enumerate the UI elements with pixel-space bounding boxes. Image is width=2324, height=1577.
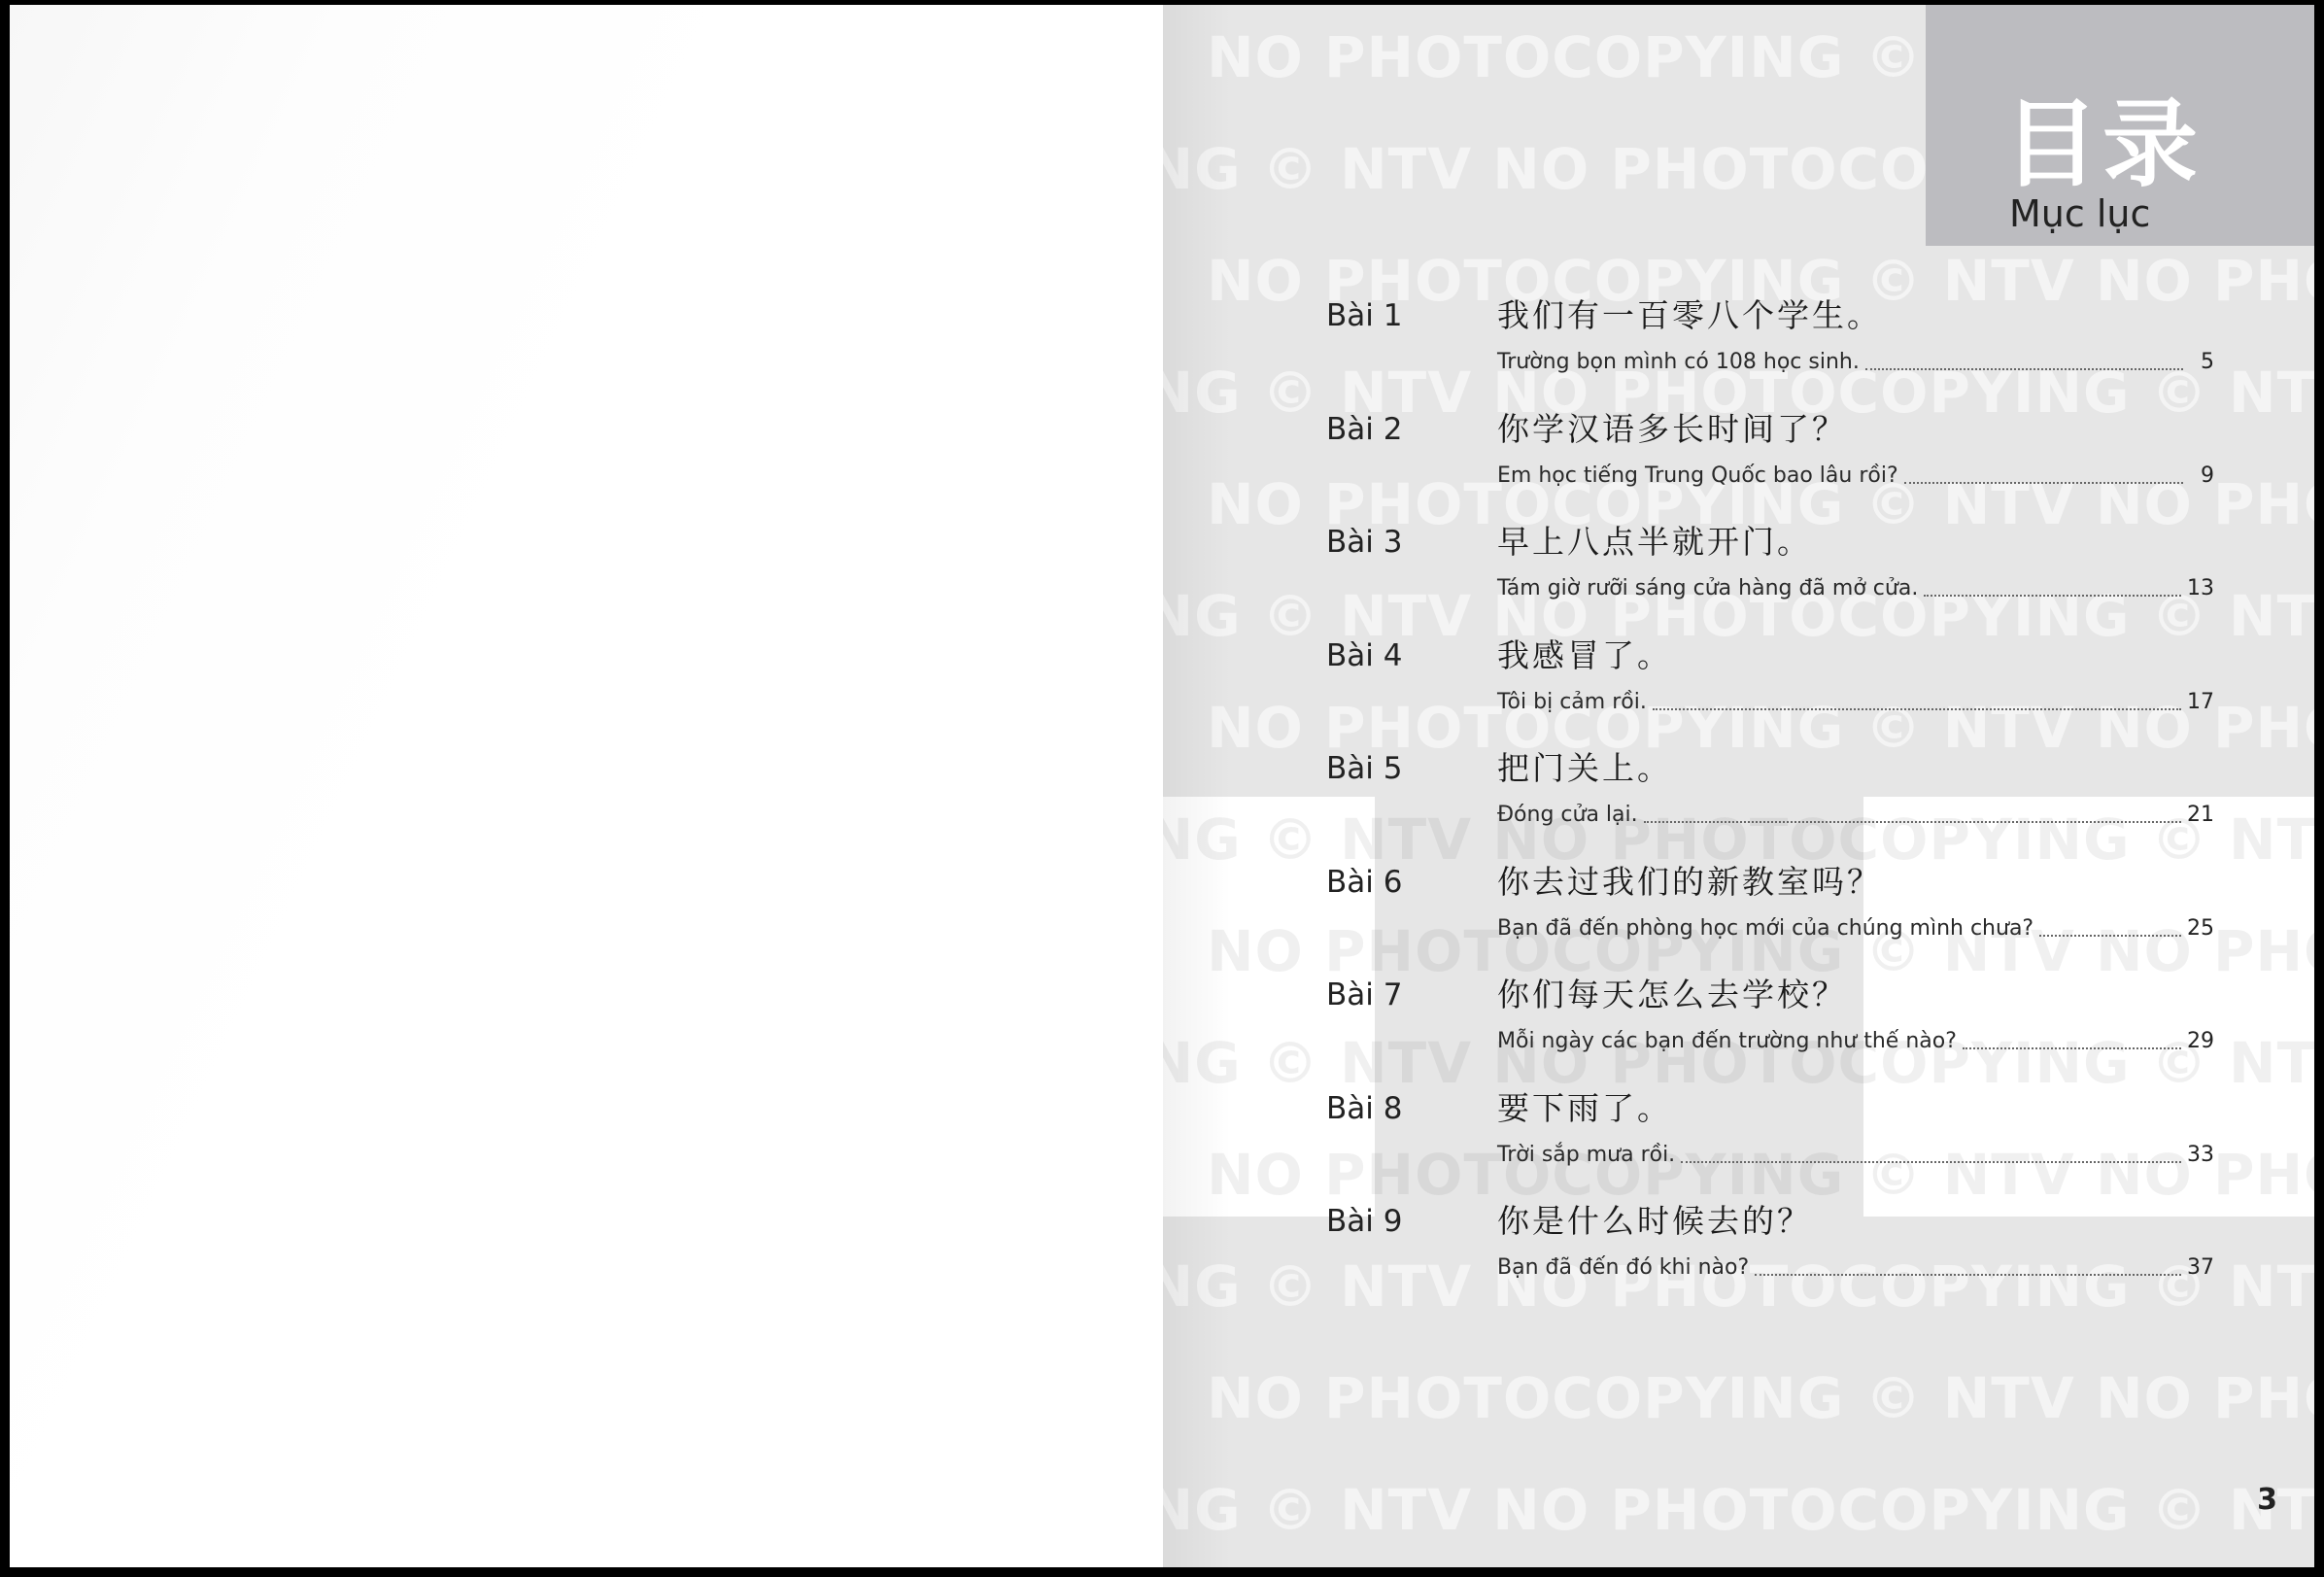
lesson-subtitle-row: Bạn đã đến đó khi nào? 37 — [1497, 1257, 2214, 1279]
toc-entry-lesson-5[interactable]: Bài 5 把门关上。 Đóng cửa lại. 21 — [1326, 754, 2230, 868]
dot-leader — [1755, 1273, 2181, 1276]
lesson-title-vietnamese: Mỗi ngày các bạn đến trường như thế nào? — [1497, 1031, 1957, 1052]
lesson-number: Bài 8 — [1326, 1094, 1402, 1124]
title-box: 目录 Mục lục — [1926, 5, 2314, 246]
page-number: 3 — [2257, 1483, 2277, 1517]
lesson-subtitle-row: Trời sắp mưa rồi. 33 — [1497, 1145, 2214, 1166]
lesson-page-number: 37 — [2187, 1257, 2214, 1279]
page-title-chinese: 目录 — [2003, 97, 2202, 192]
lesson-title-vietnamese: Bạn đã đến đó khi nào? — [1497, 1257, 1749, 1279]
toc-entry-lesson-3[interactable]: Bài 3 早上八点半就开门。 Tám giờ rưỡi sáng cửa hà… — [1326, 528, 2230, 641]
toc-entry-lesson-2[interactable]: Bài 2 你学汉语多长时间了？ Em học tiếng Trung Quốc… — [1326, 415, 2230, 529]
lesson-number: Bài 4 — [1326, 641, 1402, 671]
toc-entry-lesson-1[interactable]: Bài 1 我们有一百零八个学生。 Trường bọn mình có 108… — [1326, 301, 2230, 415]
lesson-number: Bài 6 — [1326, 868, 1402, 898]
gutter-shadow — [1163, 5, 1231, 1567]
dot-leader — [1653, 707, 2181, 710]
page-title-vietnamese: Mục lục — [2009, 195, 2150, 232]
lesson-page-number: 29 — [2187, 1031, 2214, 1052]
lesson-title-vietnamese: Trường bọn mình có 108 học sinh. — [1497, 352, 1860, 373]
table-of-contents: Bài 1 我们有一百零八个学生。 Trường bọn mình có 108… — [1326, 301, 2230, 1320]
toc-entry-lesson-7[interactable]: Bài 7 你们每天怎么去学校？ Mỗi ngày các bạn đến tr… — [1326, 980, 2230, 1094]
dot-leader — [1963, 1046, 2181, 1049]
lesson-page-number: 13 — [2187, 578, 2214, 600]
lesson-title-vietnamese: Đóng cửa lại. — [1497, 805, 1638, 826]
lesson-page-number: 5 — [2189, 352, 2214, 373]
dot-leader — [1924, 594, 2181, 597]
toc-entry-lesson-6[interactable]: Bài 6 你去过我们的新教室吗？ Bạn đã đến phòng học m… — [1326, 868, 2230, 981]
lesson-page-number: 21 — [2187, 805, 2214, 826]
lesson-title-chinese: 我们有一百零八个学生。 — [1497, 299, 1882, 331]
book-spread: NO PHOTOCOPYING © NTV NO PHOTOCOPYING © … — [10, 5, 2314, 1567]
dot-leader — [1865, 367, 2183, 370]
watermark-text: NO PHOTOCOPYING © NTV NO PHOTOCOPYING © … — [1207, 1365, 2314, 1431]
lesson-subtitle-row: Em học tiếng Trung Quốc bao lâu rồi? 9 — [1497, 465, 2214, 487]
lesson-title-chinese: 你去过我们的新教室吗？ — [1497, 866, 1882, 898]
lesson-page-number: 17 — [2187, 692, 2214, 713]
lesson-subtitle-row: Đóng cửa lại. 21 — [1497, 805, 2214, 826]
lesson-page-number: 33 — [2187, 1145, 2214, 1166]
lesson-subtitle-row: Trường bọn mình có 108 học sinh. 5 — [1497, 352, 2214, 373]
lesson-title-vietnamese: Em học tiếng Trung Quốc bao lâu rồi? — [1497, 465, 1898, 487]
lesson-number: Bài 3 — [1326, 528, 1402, 558]
lesson-page-number: 9 — [2189, 465, 2214, 487]
lesson-title-chinese: 要下雨了。 — [1497, 1092, 1672, 1124]
lesson-subtitle-row: Tôi bị cảm rồi. 17 — [1497, 692, 2214, 713]
lesson-number: Bài 9 — [1326, 1207, 1402, 1237]
lesson-subtitle-row: Bạn đã đến phòng học mới của chúng mình … — [1497, 918, 2214, 940]
lesson-page-number: 25 — [2187, 918, 2214, 940]
lesson-number: Bài 5 — [1326, 754, 1402, 784]
lesson-title-vietnamese: Tám giờ rưỡi sáng cửa hàng đã mở cửa. — [1497, 578, 1918, 600]
toc-entry-lesson-4[interactable]: Bài 4 我感冒了。 Tôi bị cảm rồi. 17 — [1326, 641, 2230, 755]
watermark-text: ING © NTV NO PHOTOCOPYING © NTV NO PHOTO — [1163, 1477, 2314, 1543]
left-page-blank — [10, 5, 1163, 1567]
lesson-number: Bài 7 — [1326, 980, 1402, 1011]
lesson-subtitle-row: Mỗi ngày các bạn đến trường như thế nào?… — [1497, 1031, 2214, 1052]
lesson-title-vietnamese: Trời sắp mưa rồi. — [1497, 1145, 1675, 1166]
dot-leader — [1644, 820, 2181, 823]
lesson-title-chinese: 我感冒了。 — [1497, 639, 1672, 671]
right-page-table-of-contents: NO PHOTOCOPYING © NTV NO PHOTOCOPYING © … — [1163, 5, 2314, 1567]
lesson-subtitle-row: Tám giờ rưỡi sáng cửa hàng đã mở cửa. 13 — [1497, 578, 2214, 600]
lesson-title-chinese: 你们每天怎么去学校？ — [1497, 978, 1847, 1011]
dot-leader — [1681, 1160, 2181, 1163]
lesson-title-chinese: 你是什么时候去的？ — [1497, 1205, 1812, 1237]
lesson-title-chinese: 早上八点半就开门。 — [1497, 526, 1812, 558]
lesson-number: Bài 1 — [1326, 301, 1402, 331]
lesson-title-vietnamese: Tôi bị cảm rồi. — [1497, 692, 1647, 713]
dot-leader — [2039, 934, 2181, 937]
lesson-title-chinese: 把门关上。 — [1497, 752, 1672, 784]
lesson-title-chinese: 你学汉语多长时间了？ — [1497, 413, 1847, 445]
toc-entry-lesson-8[interactable]: Bài 8 要下雨了。 Trời sắp mưa rồi. 33 — [1326, 1094, 2230, 1208]
dot-leader — [1904, 481, 2183, 484]
toc-entry-lesson-9[interactable]: Bài 9 你是什么时候去的？ Bạn đã đến đó khi nào? 3… — [1326, 1207, 2230, 1320]
lesson-number: Bài 2 — [1326, 415, 1402, 445]
lesson-title-vietnamese: Bạn đã đến phòng học mới của chúng mình … — [1497, 918, 2033, 940]
